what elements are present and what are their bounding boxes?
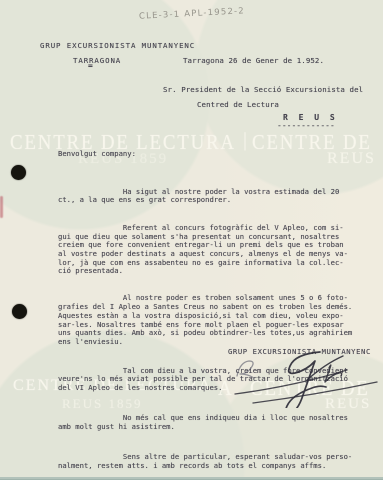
paragraph-6: Sens altre de particular, esperant salud…: [58, 453, 368, 470]
paragraph-5: No més cal que ens indiqueu dia i lloc q…: [58, 414, 368, 431]
hole-punch-bottom: [12, 304, 27, 319]
scanned-letter-page: CENTRE DE LECTURA | CENTRE DE REUS 1859 …: [0, 0, 383, 480]
sender-organization: GRUP EXCURSIONISTA MUNTANYENC: [40, 41, 195, 50]
recipient-city-underline: ------------: [277, 121, 335, 130]
recipient-title-line: Sr. President de la Secció Excursionista…: [163, 85, 363, 94]
sender-city: TARRAGONA: [73, 56, 121, 65]
dateline: Tarragona 26 de Gener de 1.952.: [183, 56, 324, 65]
handwritten-signature: [225, 346, 383, 408]
edge-ink-mark: [0, 196, 3, 218]
paragraph-1: Ha sigut al nostre poder la vostra estim…: [58, 188, 368, 205]
hole-punch-top: [11, 165, 26, 180]
salutation: Benvolgut company:: [58, 150, 368, 159]
recipient-institution: Centred de Lectura: [197, 100, 279, 109]
paragraph-2: Referent al concurs fotogràfic del V Apl…: [58, 224, 368, 276]
archive-reference-annotation: CLE-3-1 APL-1952-2: [139, 6, 245, 22]
sender-city-underline: =: [88, 61, 93, 70]
paragraph-3: Al nostre poder es troben solsament unes…: [58, 294, 368, 346]
letter-body: Benvolgut company: Ha sigut al nostre po…: [58, 133, 368, 480]
